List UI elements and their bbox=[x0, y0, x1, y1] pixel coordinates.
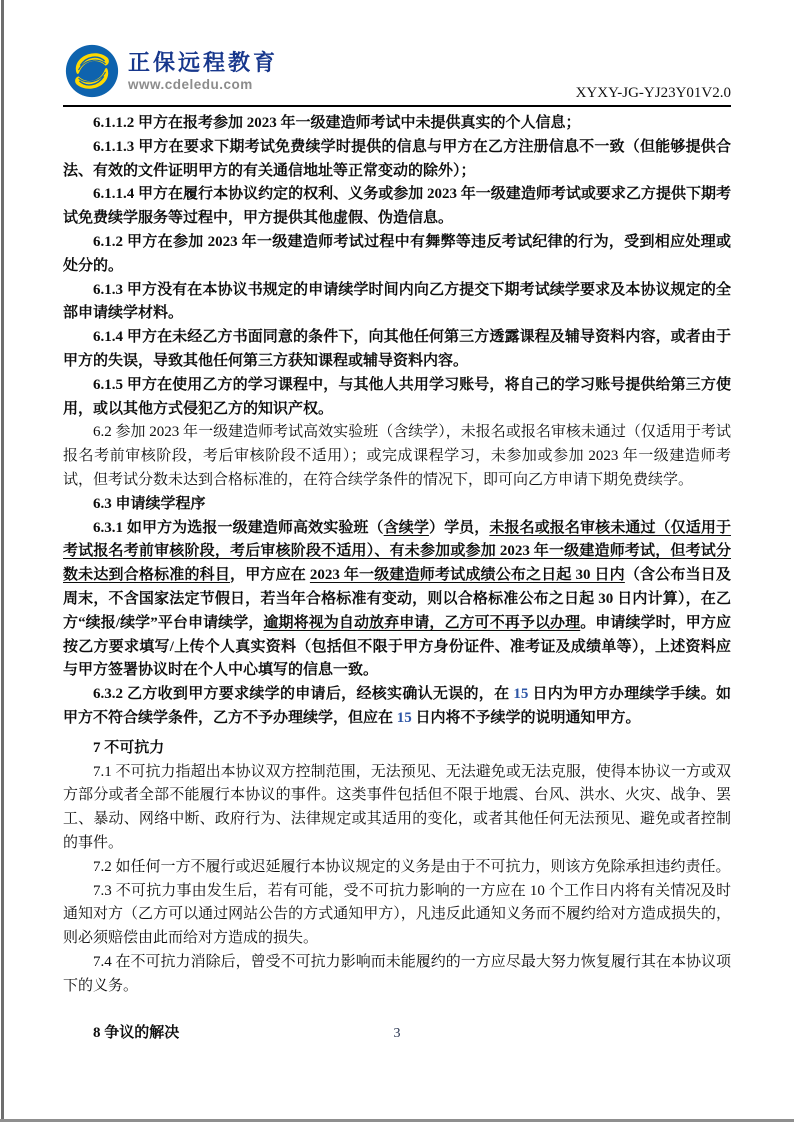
underlined-text: 含续学 bbox=[384, 520, 429, 536]
clause-7-4: 7.4 在不可抗力消除后，曾受不可抗力影响而未能履约的一方应尽最大努力恢复履行其… bbox=[63, 951, 731, 999]
clause-6-1-4: 6.1.4 甲方在未经乙方书面同意的条件下，向其他任何第三方透露课程及辅导资料内… bbox=[63, 326, 731, 374]
cdel-swirl-logo-icon bbox=[65, 44, 119, 98]
clause-text: 6.1.4 甲方在未经乙方书面同意的条件下，向其他任何第三方透露课程及辅导资料内… bbox=[63, 329, 731, 369]
company-logo: 正保远程教育 www.cdeledu.com bbox=[65, 44, 278, 98]
clause-6-1-1-2: 6.1.1.2 甲方在报考参加 2023 年一级建造师考试中未提供真实的个人信息… bbox=[63, 112, 731, 136]
clause-7-1: 7.1 不可抗力指超出本协议双方控制范围，无法预见、无法避免或无法克服，使得本协… bbox=[63, 761, 731, 856]
clause-6-3-1: 6.3.1 如甲方为选报一级建造师高效实验班（含续学）学员，未报名或报名审核未通… bbox=[63, 517, 731, 684]
clause-text: 7.1 不可抗力指超出本协议双方控制范围，无法预见、无法避免或无法克服，使得本协… bbox=[63, 764, 731, 851]
clause-text: ）学员， bbox=[429, 520, 489, 536]
document-code: XYXY-JG-YJ23Y01V2.0 bbox=[576, 85, 731, 102]
clause-text: 7.3 不可抗力事由发生后，若有可能，受不可抗力影响的一方应在 10 个工作日内… bbox=[63, 883, 731, 947]
clause-6-2: 6.2 参加 2023 年一级建造师考试高效实验班（含续学），未报名或报名审核未… bbox=[63, 421, 731, 492]
clause-text: 6.1.3 甲方没有在本协议书规定的申请续学时间内向乙方提交下期考试续学要求及本… bbox=[63, 282, 731, 322]
clause-7-2: 7.2 如任何一方不履行或迟延履行本协议规定的义务是由于不可抗力，则该方免除承担… bbox=[63, 856, 731, 880]
scan-edge-left bbox=[1, 0, 4, 1122]
clause-text: 6.2 参加 2023 年一级建造师考试高效实验班（含续学），未报名或报名审核未… bbox=[63, 424, 731, 488]
contract-body: 6.1.1.2 甲方在报考参加 2023 年一级建造师考试中未提供真实的个人信息… bbox=[63, 112, 731, 1046]
day-count-value: 15 bbox=[397, 710, 412, 726]
clause-6-1-5: 6.1.5 甲方在使用乙方的学习课程中，与其他人共用学习账号，将自己的学习账号提… bbox=[63, 374, 731, 422]
clause-text: 6.1.2 甲方在参加 2023 年一级建造师考试过程中有舞弊等违反考试纪律的行… bbox=[63, 234, 731, 274]
underlined-text: 逾期将视为自动放弃申请，乙方可不再予以办理 bbox=[263, 615, 580, 631]
clause-text: 6.1.1.2 甲方在报考参加 2023 年一级建造师考试中未提供真实的个人信息… bbox=[93, 115, 581, 131]
page-number: 3 bbox=[0, 1026, 794, 1042]
clause-text: 6.1.5 甲方在使用乙方的学习课程中，与其他人共用学习账号，将自己的学习账号提… bbox=[63, 377, 731, 417]
clause-text: 日内将不予续学的说明通知甲方。 bbox=[412, 710, 641, 726]
clause-6-1-2: 6.1.2 甲方在参加 2023 年一级建造师考试过程中有舞弊等违反考试纪律的行… bbox=[63, 231, 731, 279]
clause-text: 6.1.1.4 甲方在履行本协议约定的权利、义务或参加 2023 年一级建造师考… bbox=[63, 186, 731, 226]
heading-6-3: 6.3 申请续学程序 bbox=[63, 493, 731, 517]
clause-6-1-3: 6.1.3 甲方没有在本协议书规定的申请续学时间内向乙方提交下期考试续学要求及本… bbox=[63, 279, 731, 327]
clause-text: 6.3.2 乙方收到甲方要求续学的申请后，经核实确认无误的，在 bbox=[93, 686, 513, 702]
clause-6-3-2: 6.3.2 乙方收到甲方要求续学的申请后，经核实确认无误的，在 15 日内为甲方… bbox=[63, 683, 731, 731]
clause-text: 7.4 在不可抗力消除后，曾受不可抗力影响而未能履约的一方应尽最大努力恢复履行其… bbox=[63, 954, 731, 994]
heading-text: 7 不可抗力 bbox=[93, 740, 164, 756]
clause-7-3: 7.3 不可抗力事由发生后，若有可能，受不可抗力影响的一方应在 10 个工作日内… bbox=[63, 880, 731, 951]
brand-website: www.cdeledu.com bbox=[128, 76, 278, 93]
heading-7: 7 不可抗力 bbox=[63, 737, 731, 761]
clause-text: ，甲方应在 bbox=[230, 567, 310, 583]
page-header: 正保远程教育 www.cdeledu.com XYXY-JG-YJ23Y01V2… bbox=[63, 42, 731, 107]
clause-text: 7.2 如任何一方不履行或迟延履行本协议规定的义务是由于不可抗力，则该方免除承担… bbox=[93, 859, 731, 875]
heading-text: 6.3 申请续学程序 bbox=[93, 496, 206, 512]
clause-6-1-1-3: 6.1.1.3 甲方在要求下期考试免费续学时提供的信息与甲方在乙方注册信息不一致… bbox=[63, 136, 731, 184]
clause-text: 6.3.1 如甲方为选报一级建造师高效实验班（ bbox=[93, 520, 384, 536]
clause-6-1-1-4: 6.1.1.4 甲方在履行本协议约定的权利、义务或参加 2023 年一级建造师考… bbox=[63, 183, 731, 231]
underlined-text: 2023 年一级建造师考试成绩公布之日起 30 日内 bbox=[310, 567, 625, 583]
logo-text-block: 正保远程教育 www.cdeledu.com bbox=[128, 50, 278, 93]
brand-name: 正保远程教育 bbox=[128, 50, 278, 76]
document-page: { "header": { "logo": { "brand": "正保远程教育… bbox=[0, 0, 794, 1122]
day-count-value: 15 bbox=[513, 686, 528, 702]
clause-text: 6.1.1.3 甲方在要求下期考试免费续学时提供的信息与甲方在乙方注册信息不一致… bbox=[63, 139, 731, 179]
